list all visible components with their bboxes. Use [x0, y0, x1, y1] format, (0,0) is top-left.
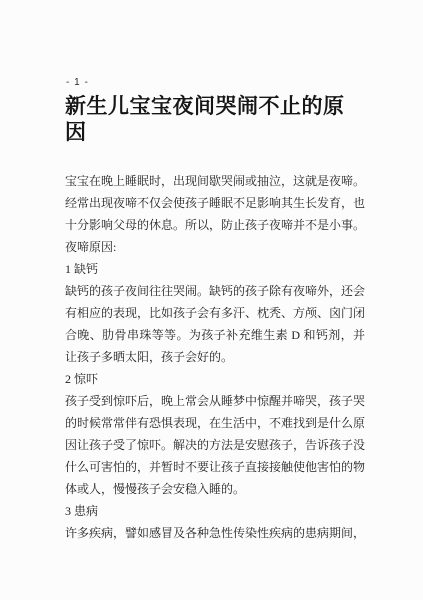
document-content: - 1 - 新生儿宝宝夜间哭闹不止的原因 宝宝在晚上睡眠时，出现间歇哭闹或抽泣，… [65, 76, 365, 544]
label-crying-reasons: 夜啼原因: [65, 236, 365, 258]
heading-reason-2-fright: 2 惊吓 [65, 368, 365, 390]
paragraph-night-crying-intro: 宝宝在晚上睡眠时，出现间歇哭闹或抽泣，这就是夜啼。经常出现夜啼不仅会使孩子睡眠不… [65, 170, 365, 236]
paragraph-illness: 许多疾病，譬如感冒及各种急性传染性疾病的患病期间， [65, 522, 365, 544]
document-body: 宝宝在晚上睡眠时，出现间歇哭闹或抽泣，这就是夜啼。经常出现夜啼不仅会使孩子睡眠不… [65, 170, 365, 544]
page-number: - 1 - [66, 76, 365, 90]
paragraph-calcium-deficiency: 缺钙的孩子夜间往往哭闹。缺钙的孩子除有夜啼外，还会有相应的表现，比如孩子会有多汗… [65, 280, 365, 368]
heading-reason-1-calcium-deficiency: 1 缺钙 [65, 258, 365, 280]
document-title: 新生儿宝宝夜间哭闹不止的原因 [65, 94, 365, 146]
heading-reason-3-illness: 3 患病 [65, 500, 365, 522]
document-page: - 1 - 新生儿宝宝夜间哭闹不止的原因 宝宝在晚上睡眠时，出现间歇哭闹或抽泣，… [0, 0, 423, 600]
paragraph-fright: 孩子受到惊吓后，晚上常会从睡梦中惊醒并啼哭，孩子哭的时候常常伴有恐惧表现，在生活… [65, 390, 365, 500]
